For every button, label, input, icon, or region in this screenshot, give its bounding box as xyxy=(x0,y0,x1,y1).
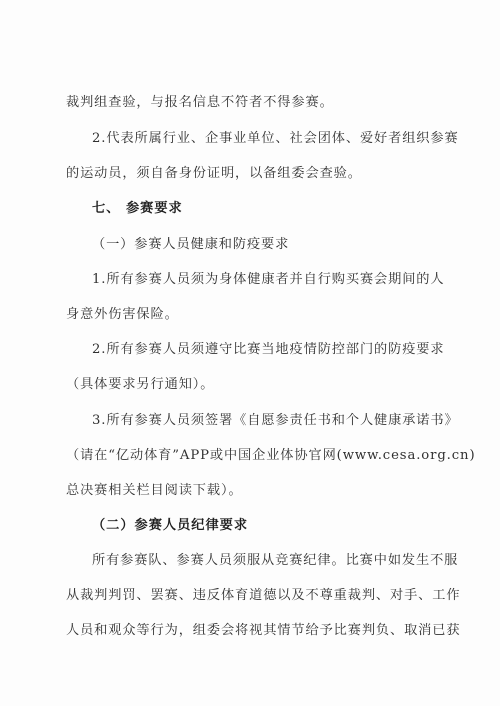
paragraph-line: 的运动员，须自备身份证明，以备组委会查验。 xyxy=(66,165,446,183)
paragraph-line: 所有参赛队、参赛人员须服从竞赛纪律。比赛中如发生不服 xyxy=(92,552,472,570)
document-page: 裁判组查验，与报名信息不符者不得参赛。 2.代表所属行业、企事业单位、社会团体、… xyxy=(0,0,500,706)
paragraph-line: （请在“亿动体育”APP或中国企业体协官网(www.cesa.org.cn) xyxy=(66,447,446,465)
paragraph-line: 人员和观众等行为，组委会将视其情节给予比赛判负、取消已获 xyxy=(66,622,446,640)
paragraph-line: 2.所有参赛人员须遵守比赛当地疫情防控部门的防疫要求 xyxy=(92,341,472,359)
paragraph-line: 总决赛相关栏目阅读下载）。 xyxy=(66,482,446,500)
paragraph-line: 3.所有参赛人员须签署《自愿参责任书和个人健康承诺书》 xyxy=(92,412,472,430)
subsection-heading: （二）参赛人员纪律要求 xyxy=(92,517,472,535)
paragraph-line: 1.所有参赛人员须为身体健康者并自行购买赛会期间的人 xyxy=(92,271,472,289)
paragraph-line: （具体要求另行通知）。 xyxy=(66,376,446,394)
paragraph-line: 从裁判判罚、罢赛、违反体育道德以及不尊重裁判、对手、工作 xyxy=(66,587,446,605)
paragraph-line: 裁判组查验，与报名信息不符者不得参赛。 xyxy=(66,94,446,112)
paragraph-line: 2.代表所属行业、企事业单位、社会团体、爱好者组织参赛 xyxy=(92,130,472,148)
subsection-heading: （一）参赛人员健康和防疫要求 xyxy=(92,236,472,254)
paragraph-line: 身意外伤害保险。 xyxy=(66,306,446,324)
section-heading: 七、 参赛要求 xyxy=(92,200,472,218)
